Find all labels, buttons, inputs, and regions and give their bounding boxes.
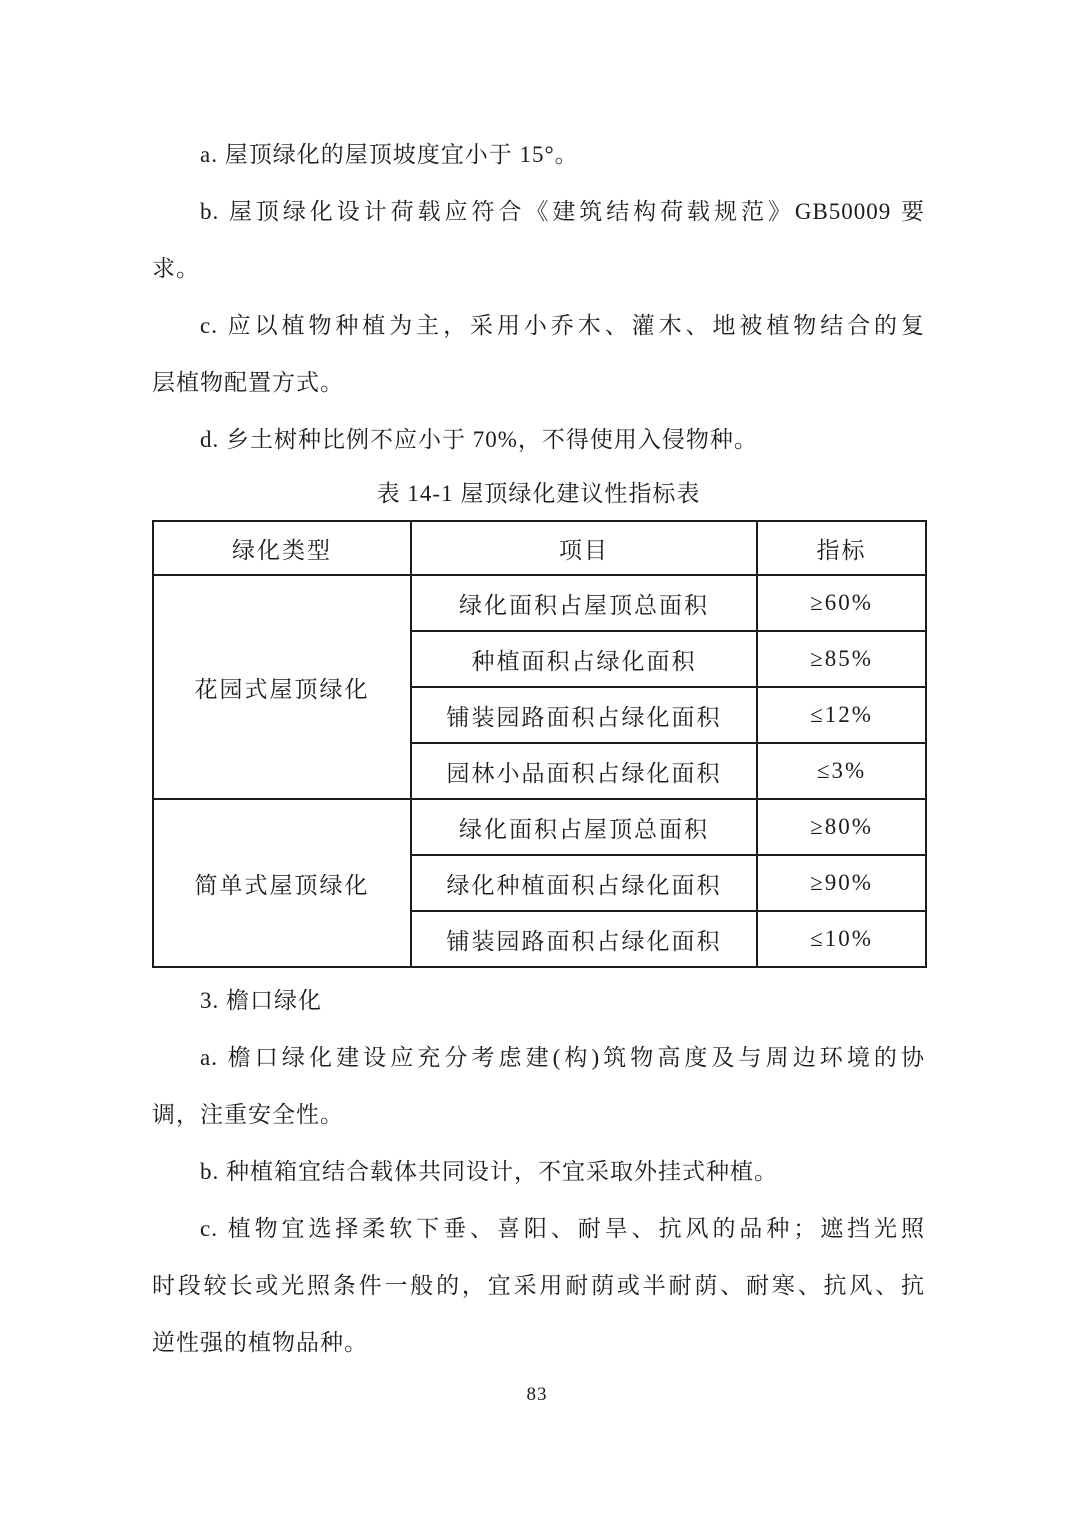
text-line: a. 屋顶绿化的屋顶坡度宜小于 15°。	[152, 126, 925, 183]
text-line: 层植物配置方式。	[152, 354, 925, 411]
indicator-value-cell: ≤10%	[757, 911, 926, 967]
text-line: b. 屋顶绿化设计荷载应符合《建筑结构荷载规范》GB50009 要	[152, 183, 925, 240]
body-paragraphs-bottom: 3. 檐口绿化a. 檐口绿化建设应充分考虑建(构)筑物高度及与周边环境的协调，注…	[152, 972, 925, 1371]
page-content: a. 屋顶绿化的屋顶坡度宜小于 15°。b. 屋顶绿化设计荷载应符合《建筑结构荷…	[152, 126, 925, 1371]
text-line: c. 应以植物种植为主，采用小乔木、灌木、地被植物结合的复	[152, 297, 925, 354]
text-line: 时段较长或光照条件一般的，宜采用耐荫或半耐荫、耐寒、抗风、抗	[152, 1257, 925, 1314]
roof-greening-indicator-table: 绿化类型 项目 指标 花园式屋顶绿化绿化面积占屋顶总面积≥60%种植面积占绿化面…	[152, 520, 927, 968]
text-line: a. 檐口绿化建设应充分考虑建(构)筑物高度及与周边环境的协	[152, 1029, 925, 1086]
document-page: a. 屋顶绿化的屋顶坡度宜小于 15°。b. 屋顶绿化设计荷载应符合《建筑结构荷…	[0, 0, 1074, 1520]
item-cell: 铺装园路面积占绿化面积	[411, 911, 757, 967]
header-indicator: 指标	[757, 521, 926, 575]
table-row: 简单式屋顶绿化绿化面积占屋顶总面积≥80%	[153, 799, 926, 855]
indicator-value-cell: ≥85%	[757, 631, 926, 687]
indicator-value-cell: ≤3%	[757, 743, 926, 799]
indicator-value-cell: ≥90%	[757, 855, 926, 911]
indicator-value-cell: ≥80%	[757, 799, 926, 855]
text-line: d. 乡土树种比例不应小于 70%，不得使用入侵物种。	[152, 411, 925, 468]
item-cell: 绿化面积占屋顶总面积	[411, 799, 757, 855]
table-row: 花园式屋顶绿化绿化面积占屋顶总面积≥60%	[153, 575, 926, 631]
text-line: 3. 檐口绿化	[152, 972, 925, 1029]
item-cell: 绿化面积占屋顶总面积	[411, 575, 757, 631]
table-header-row: 绿化类型 项目 指标	[153, 521, 926, 575]
item-cell: 园林小品面积占绿化面积	[411, 743, 757, 799]
text-line: 求。	[152, 240, 925, 297]
text-line: b. 种植箱宜结合载体共同设计，不宜采取外挂式种植。	[152, 1143, 925, 1200]
greening-type-cell: 花园式屋顶绿化	[153, 575, 411, 799]
greening-type-cell: 简单式屋顶绿化	[153, 799, 411, 967]
indicator-value-cell: ≤12%	[757, 687, 926, 743]
item-cell: 种植面积占绿化面积	[411, 631, 757, 687]
item-cell: 铺装园路面积占绿化面积	[411, 687, 757, 743]
text-line: 逆性强的植物品种。	[152, 1314, 925, 1371]
header-greening-type: 绿化类型	[153, 521, 411, 575]
text-line: c. 植物宜选择柔软下垂、喜阳、耐旱、抗风的品种；遮挡光照	[152, 1200, 925, 1257]
page-number: 83	[0, 1384, 1074, 1406]
header-item: 项目	[411, 521, 757, 575]
text-line: 调，注重安全性。	[152, 1086, 925, 1143]
body-paragraphs-top: a. 屋顶绿化的屋顶坡度宜小于 15°。b. 屋顶绿化设计荷载应符合《建筑结构荷…	[152, 126, 925, 468]
item-cell: 绿化种植面积占绿化面积	[411, 855, 757, 911]
indicator-value-cell: ≥60%	[757, 575, 926, 631]
table-caption: 表 14-1 屋顶绿化建议性指标表	[152, 468, 925, 520]
